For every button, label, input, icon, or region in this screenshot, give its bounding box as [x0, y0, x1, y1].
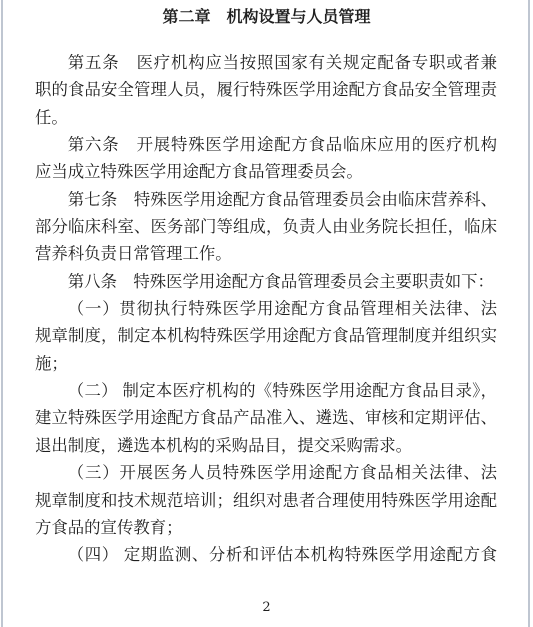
document-line: 方食品的宣传教育；: [35, 515, 497, 542]
document-line: 任。: [35, 105, 497, 132]
document-line: 第五条 医疗机构应当按照国家有关规定配备专职或者兼: [35, 50, 497, 77]
document-line: 规章制度，制定本机构特殊医学用途配方食品管理制度并组织实: [35, 323, 497, 350]
document-line: （二） 制定本医疗机构的《特殊医学用途配方食品目录》，: [35, 378, 497, 405]
document-line: 第六条 开展特殊医学用途配方食品临床应用的医疗机构: [35, 132, 497, 159]
document-line: 施；: [35, 351, 497, 378]
document-line: （四） 定期监测、分析和评估本机构特殊医学用途配方食品: [35, 542, 497, 569]
document-line: 建立特殊医学用途配方食品产品准入、遴选、审核和定期评估、: [35, 405, 497, 432]
document-line: （一）贯彻执行特殊医学用途配方食品管理相关法律、法规、: [35, 296, 497, 323]
document-line: 规章制度和技术规范培训；组织对患者合理使用特殊医学用途配: [35, 488, 497, 515]
document-line: 第八条 特殊医学用途配方食品管理委员会主要职责如下：: [35, 269, 497, 296]
page-right-edge: [528, 0, 530, 627]
chapter-title: 第二章 机构设置与人员管理: [0, 7, 533, 28]
document-line: 应当成立特殊医学用途配方食品管理委员会。: [35, 159, 497, 186]
document-line: 职的食品安全管理人员，履行特殊医学用途配方食品安全管理责: [35, 77, 497, 104]
document-line: （三）开展医务人员特殊医学用途配方食品相关法律、法规、: [35, 460, 497, 487]
page-left-edge: [1, 0, 3, 627]
document-line: 第七条 特殊医学用途配方食品管理委员会由临床营养科、: [35, 187, 497, 214]
document-page: 第二章 机构设置与人员管理 第五条 医疗机构应当按照国家有关规定配备专职或者兼职…: [0, 0, 533, 627]
document-line: 退出制度，遴选本机构的采购品目，提交采购需求。: [35, 433, 497, 460]
document-body: 第五条 医疗机构应当按照国家有关规定配备专职或者兼职的食品安全管理人员，履行特殊…: [35, 50, 497, 570]
document-line: 部分临床科室、医务部门等组成，负责人由业务院长担任，临床: [35, 214, 497, 241]
document-line: 营养科负责日常管理工作。: [35, 241, 497, 268]
page-number: 2: [0, 598, 533, 618]
